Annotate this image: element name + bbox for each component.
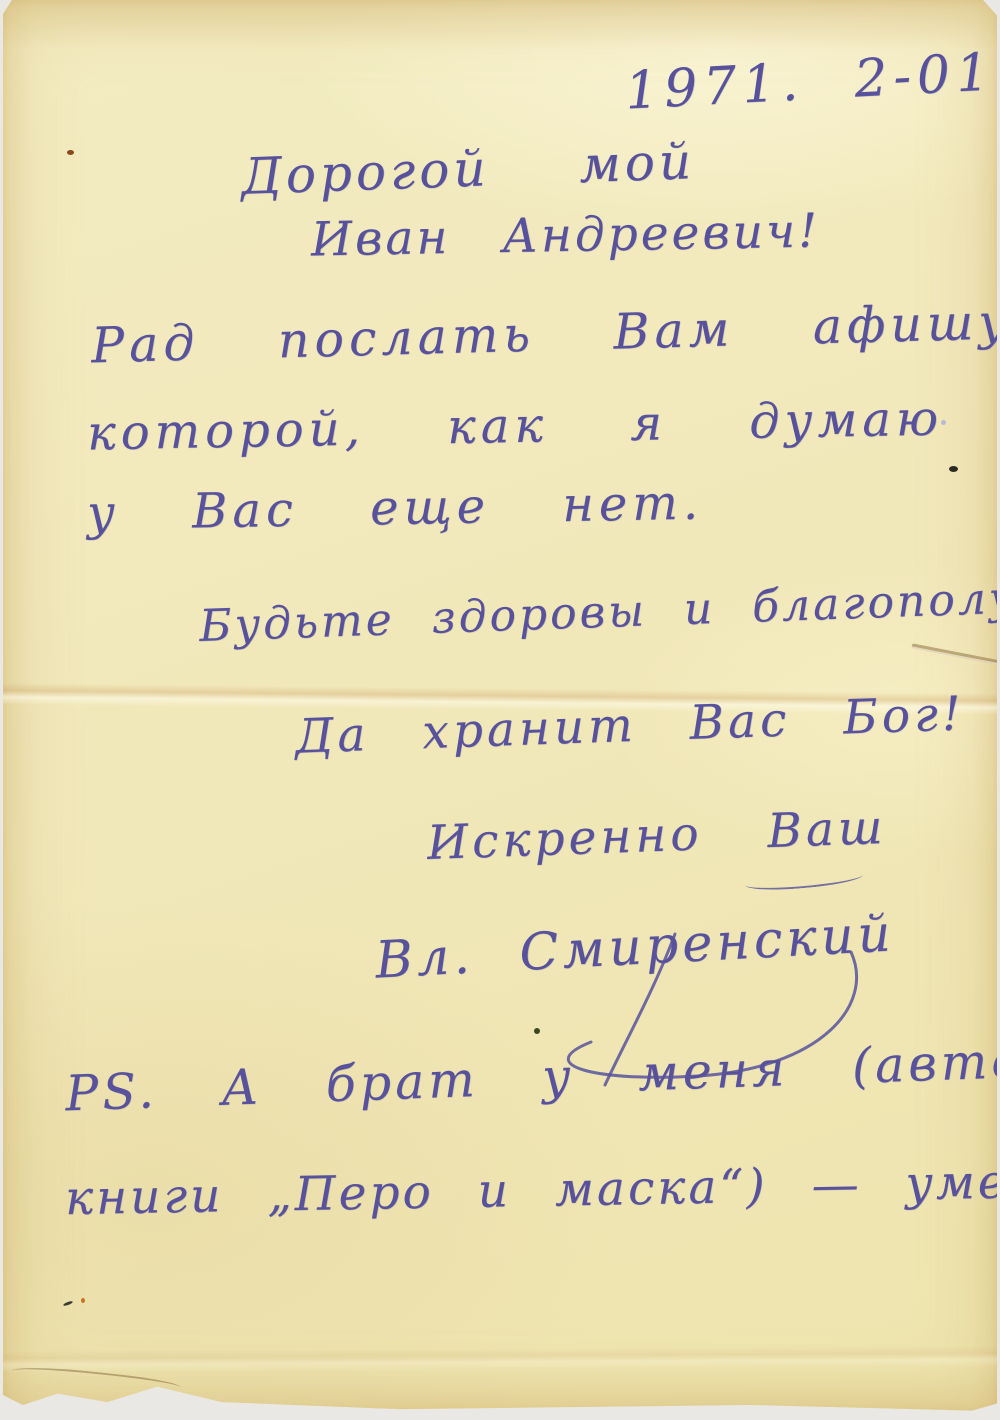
letter-paper: 1971. 2-01 Дорогой мой Иван Андреевич! Р… <box>3 0 997 1412</box>
body-line-3: у Вас еще нет. <box>87 475 704 542</box>
paper-speck <box>81 1298 85 1303</box>
salutation-line-2: Иван Андреевич! <box>311 204 821 268</box>
scan-background: { "document_type": "handwritten letter (… <box>0 0 1000 1420</box>
paper-speck <box>949 466 958 472</box>
paper-speck <box>67 150 74 155</box>
